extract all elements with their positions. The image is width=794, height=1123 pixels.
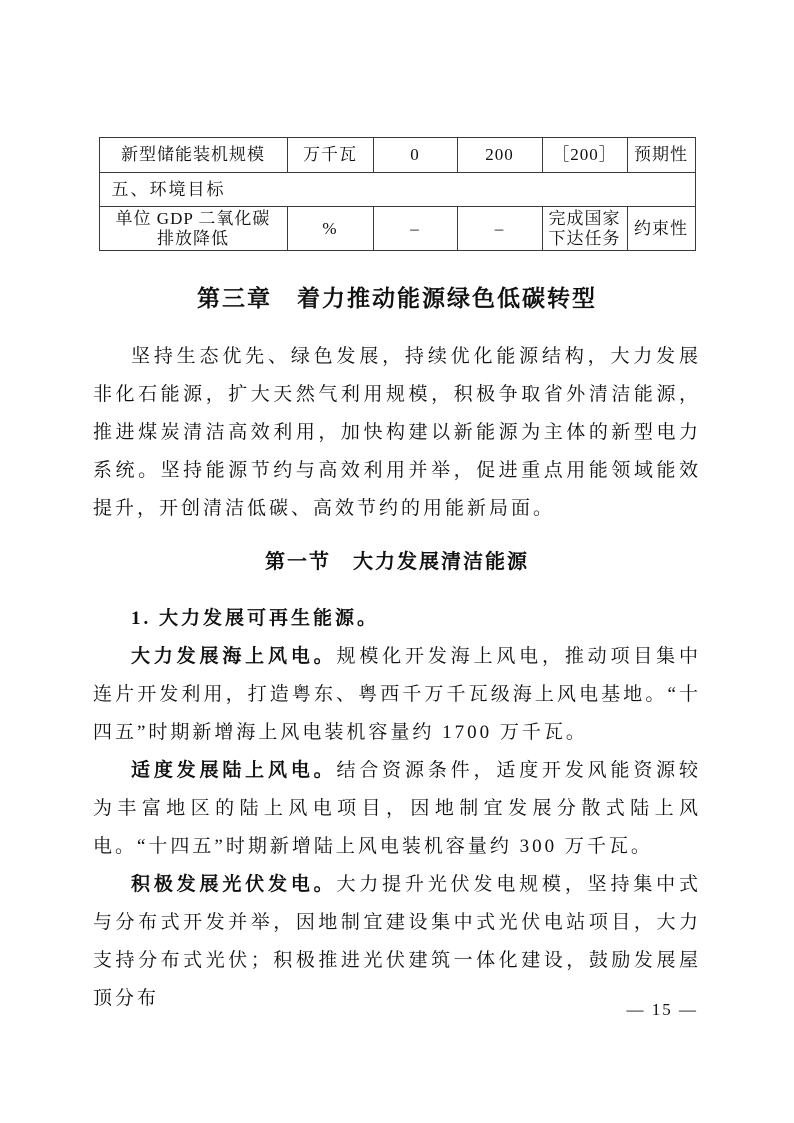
- paragraph-lead: 大力发展海上风电。: [131, 646, 337, 667]
- paragraph-offshore-wind: 大力发展海上风电。规模化开发海上风电，推动项目集中连片开发利用，打造粤东、粤西千…: [93, 638, 701, 752]
- cell-indicator-name: 新型储能装机规模: [99, 138, 287, 173]
- cell-attribute: 预期性: [627, 138, 695, 173]
- cell-attribute: 约束性: [627, 207, 695, 251]
- paragraph-lead: 积极发展光伏发电。: [131, 874, 337, 895]
- cell-task: 完成国家 下达任务: [542, 207, 627, 251]
- chapter-heading: 第三章 着力推动能源绿色低碳转型: [0, 284, 794, 314]
- paragraph-onshore-wind: 适度发展陆上风电。结合资源条件，适度开发风能资源较为丰富地区的陆上风电项目，因地…: [93, 752, 701, 866]
- cell-unit: 万千瓦: [287, 138, 373, 173]
- document-page: 新型储能装机规模 万千瓦 0 200 ［200］ 预期性 五、环境目标 单位 G…: [0, 0, 794, 1123]
- section-heading: 第一节 大力发展清洁能源: [93, 548, 701, 576]
- text-block: 坚持生态优先、绿色发展，持续优化能源结构，大力发展非化石能源，扩大天然气利用规模…: [93, 338, 701, 1018]
- list-item-renewables: 1. 大力发展可再生能源。: [93, 600, 701, 638]
- indicator-line-1: 单位 GDP 二氧化碳: [103, 209, 284, 229]
- table-row-co2: 单位 GDP 二氧化碳 排放降低 % – – 完成国家 下达任务 约束性: [99, 207, 695, 251]
- table-row-storage: 新型储能装机规模 万千瓦 0 200 ［200］ 预期性: [99, 138, 695, 173]
- cell-base-value: 0: [373, 138, 457, 173]
- cell-target-value: 200: [457, 138, 542, 173]
- page-number: — 15 —: [627, 1000, 699, 1020]
- paragraph-solar-pv: 积极发展光伏发电。大力提升光伏发电规模，坚持集中式与分布式开发并举，因地制宜建设…: [93, 866, 701, 1018]
- cell-section-title: 五、环境目标: [99, 173, 695, 207]
- cell-unit: %: [287, 207, 373, 251]
- task-line-1: 完成国家: [546, 209, 624, 229]
- paragraph-intro: 坚持生态优先、绿色发展，持续优化能源结构，大力发展非化石能源，扩大天然气利用规模…: [93, 338, 701, 528]
- cell-base-value: –: [373, 207, 457, 251]
- cell-target-value: –: [457, 207, 542, 251]
- indicator-line-2: 排放降低: [103, 229, 284, 249]
- cell-indicator-name: 单位 GDP 二氧化碳 排放降低: [99, 207, 287, 251]
- task-line-2: 下达任务: [546, 229, 624, 249]
- paragraph-lead: 适度发展陆上风电。: [131, 760, 337, 781]
- table-row-section-header: 五、环境目标: [99, 173, 695, 207]
- indicator-table: 新型储能装机规模 万千瓦 0 200 ［200］ 预期性 五、环境目标 单位 G…: [99, 137, 696, 251]
- page-content: 新型储能装机规模 万千瓦 0 200 ［200］ 预期性 五、环境目标 单位 G…: [0, 0, 794, 1018]
- cell-bracket-value: ［200］: [542, 138, 627, 173]
